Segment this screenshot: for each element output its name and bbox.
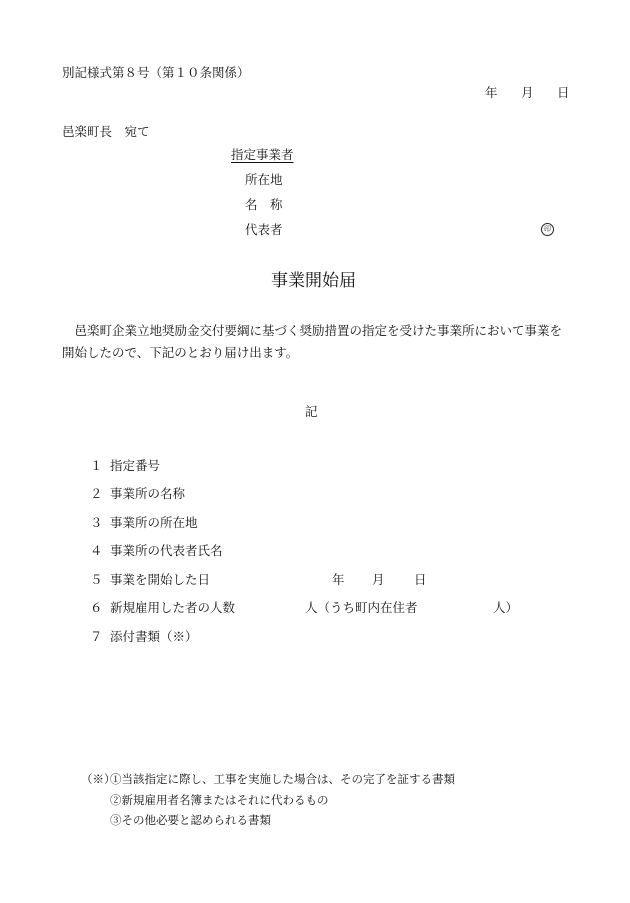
name-label: 名 称 (245, 199, 283, 212)
resident-count-unit: 人） (493, 602, 518, 615)
form-number-header: 別記様式第８号（第１０条関係） (62, 67, 250, 80)
date-day-label: 日 (557, 87, 570, 100)
addressee: 邑楽町長 宛て (62, 126, 150, 139)
seal-icon: 印 (541, 223, 554, 236)
list-item: ３事業所の所在地 (90, 517, 198, 530)
start-month-label: 月 (372, 574, 385, 587)
note-line: ②新規雇用者名簿またはそれに代わるもの (110, 795, 329, 807)
ki-heading: 記 (305, 406, 318, 419)
list-item: １指定番号 (90, 460, 160, 473)
hire-count-unit: 人（うち町内在住者 (305, 602, 418, 615)
list-item: ２事業所の名称 (90, 488, 185, 501)
note-line: ③その他必要と認められる書類 (110, 815, 271, 827)
body-paragraph: 邑楽町企業立地奨励金交付要綱に基づく奨励措置の指定を受けた事業所において事業を開… (62, 320, 567, 364)
list-item: ５事業を開始した日 (90, 574, 210, 587)
address-label: 所在地 (245, 174, 283, 187)
document-title: 事業開始届 (271, 273, 356, 290)
date-year-label: 年 (485, 87, 498, 100)
representative-label: 代表者 (245, 224, 283, 237)
applicant-heading: 指定事業者 (231, 149, 294, 162)
list-item: ７添付書類（※） (90, 631, 198, 644)
list-item: ４事業所の代表者氏名 (90, 545, 223, 558)
note-line: ①当該指定に際し、工事を実施した場合は、その完了を証する書類 (110, 774, 455, 786)
date-month-label: 月 (521, 87, 534, 100)
start-year-label: 年 (332, 574, 345, 587)
list-item: ６新規雇用した者の人数 (90, 602, 235, 615)
start-day-label: 日 (414, 574, 427, 587)
